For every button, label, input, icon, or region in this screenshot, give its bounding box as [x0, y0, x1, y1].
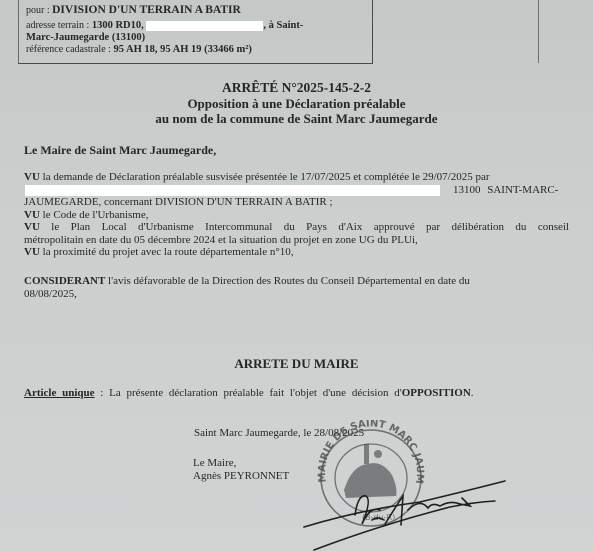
reference-label: référence cadastrale : — [26, 44, 113, 55]
purpose-value: DIVISION D'UN TERRAIN A BATIR — [52, 4, 241, 16]
vu-plan-line1: VU le Plan Local d'Urbanisme Intercommun… — [24, 221, 569, 234]
vu-keyword: VU — [24, 221, 40, 233]
address-value-start: 1300 RD10, — [92, 20, 147, 31]
decree-subject: Opposition à une Déclaration préalable — [0, 96, 593, 112]
reference-value: 95 AH 18, 95 AH 19 (33466 m²) — [113, 44, 251, 55]
address-label: adresse terrain : — [26, 20, 92, 31]
document-page: pour : DIVISION D'UN TERRAIN A BATIR adr… — [0, 0, 593, 551]
decree-on-behalf: au nom de la commune de Saint Marc Jaume… — [0, 111, 593, 127]
address-value-end: , à Saint- — [263, 20, 303, 31]
applicant-postcode: 13100 SAINT-MARC- — [453, 184, 558, 197]
article-separator: : — [95, 387, 110, 399]
signatory-title: Le Maire, — [193, 457, 236, 469]
considerant-keyword: CONSIDERANT — [24, 275, 105, 287]
redacted-applicant — [25, 185, 440, 196]
project-address-line2: Marc-Jaumegarde (13100) — [26, 32, 145, 44]
article-end: . — [471, 387, 474, 399]
vu-plan-text: le Plan Local d'Urbanisme Intercommunal … — [40, 221, 569, 233]
project-info-box: pour : DIVISION D'UN TERRAIN A BATIR adr… — [18, 0, 373, 64]
considerant-line1: CONSIDERANT l'avis défavorable de la Dir… — [24, 275, 569, 288]
vu-code-line: VU le Code de l'Urbanisme, — [24, 209, 569, 222]
vu-keyword: VU — [24, 171, 40, 183]
vu-code-text: le Code de l'Urbanisme, — [40, 209, 149, 221]
redacted-address — [146, 21, 263, 31]
project-purpose: pour : DIVISION D'UN TERRAIN A BATIR — [26, 4, 241, 17]
vu-demande-line2: 13100 SAINT-MARC- — [24, 184, 569, 197]
vu-demande-line3: JAUMEGARDE, concernant DIVISION D'UN TER… — [24, 196, 569, 209]
vu-proximite-line: VU la proximité du projet avec la route … — [24, 246, 569, 259]
signatory-name: Agnès PEYRONNET — [193, 470, 289, 482]
article-unique: Article unique : La présente déclaration… — [24, 387, 569, 400]
cadastral-reference: référence cadastrale : 95 AH 18, 95 AH 1… — [26, 44, 252, 56]
decision-value: OPPOSITION — [402, 387, 471, 399]
article-label: Article unique — [24, 387, 95, 399]
vu-keyword: VU — [24, 209, 40, 221]
vu-plan-line2: métropolitain en date du 05 décembre 202… — [24, 234, 569, 247]
vu-section: VU la demande de Déclaration préalable s… — [24, 171, 569, 259]
decision-heading: ARRETE DU MAIRE — [0, 356, 593, 372]
vu-demande-text: la demande de Déclaration préalable susv… — [40, 171, 490, 183]
mayor-signature-icon — [300, 480, 510, 551]
vu-demande-line1: VU la demande de Déclaration préalable s… — [24, 171, 569, 184]
box-divider — [538, 0, 539, 63]
considerant-section: CONSIDERANT l'avis défavorable de la Dir… — [24, 275, 569, 300]
considerant-line2: 08/08/2025, — [24, 288, 569, 301]
article-text: La présente déclaration préalable fait l… — [109, 387, 402, 399]
vu-proximite-text: la proximité du projet avec la route dép… — [40, 246, 294, 258]
purpose-label: pour : — [26, 5, 52, 16]
mayor-heading: Le Maire de Saint Marc Jaumegarde, — [24, 144, 569, 157]
project-address: adresse terrain : 1300 RD10, , à Saint- — [26, 20, 303, 32]
considerant-text: l'avis défavorable de la Direction des R… — [105, 275, 470, 287]
vu-keyword: VU — [24, 246, 40, 258]
decree-number: ARRÊTÉ N°2025-145-2-2 — [0, 80, 593, 96]
